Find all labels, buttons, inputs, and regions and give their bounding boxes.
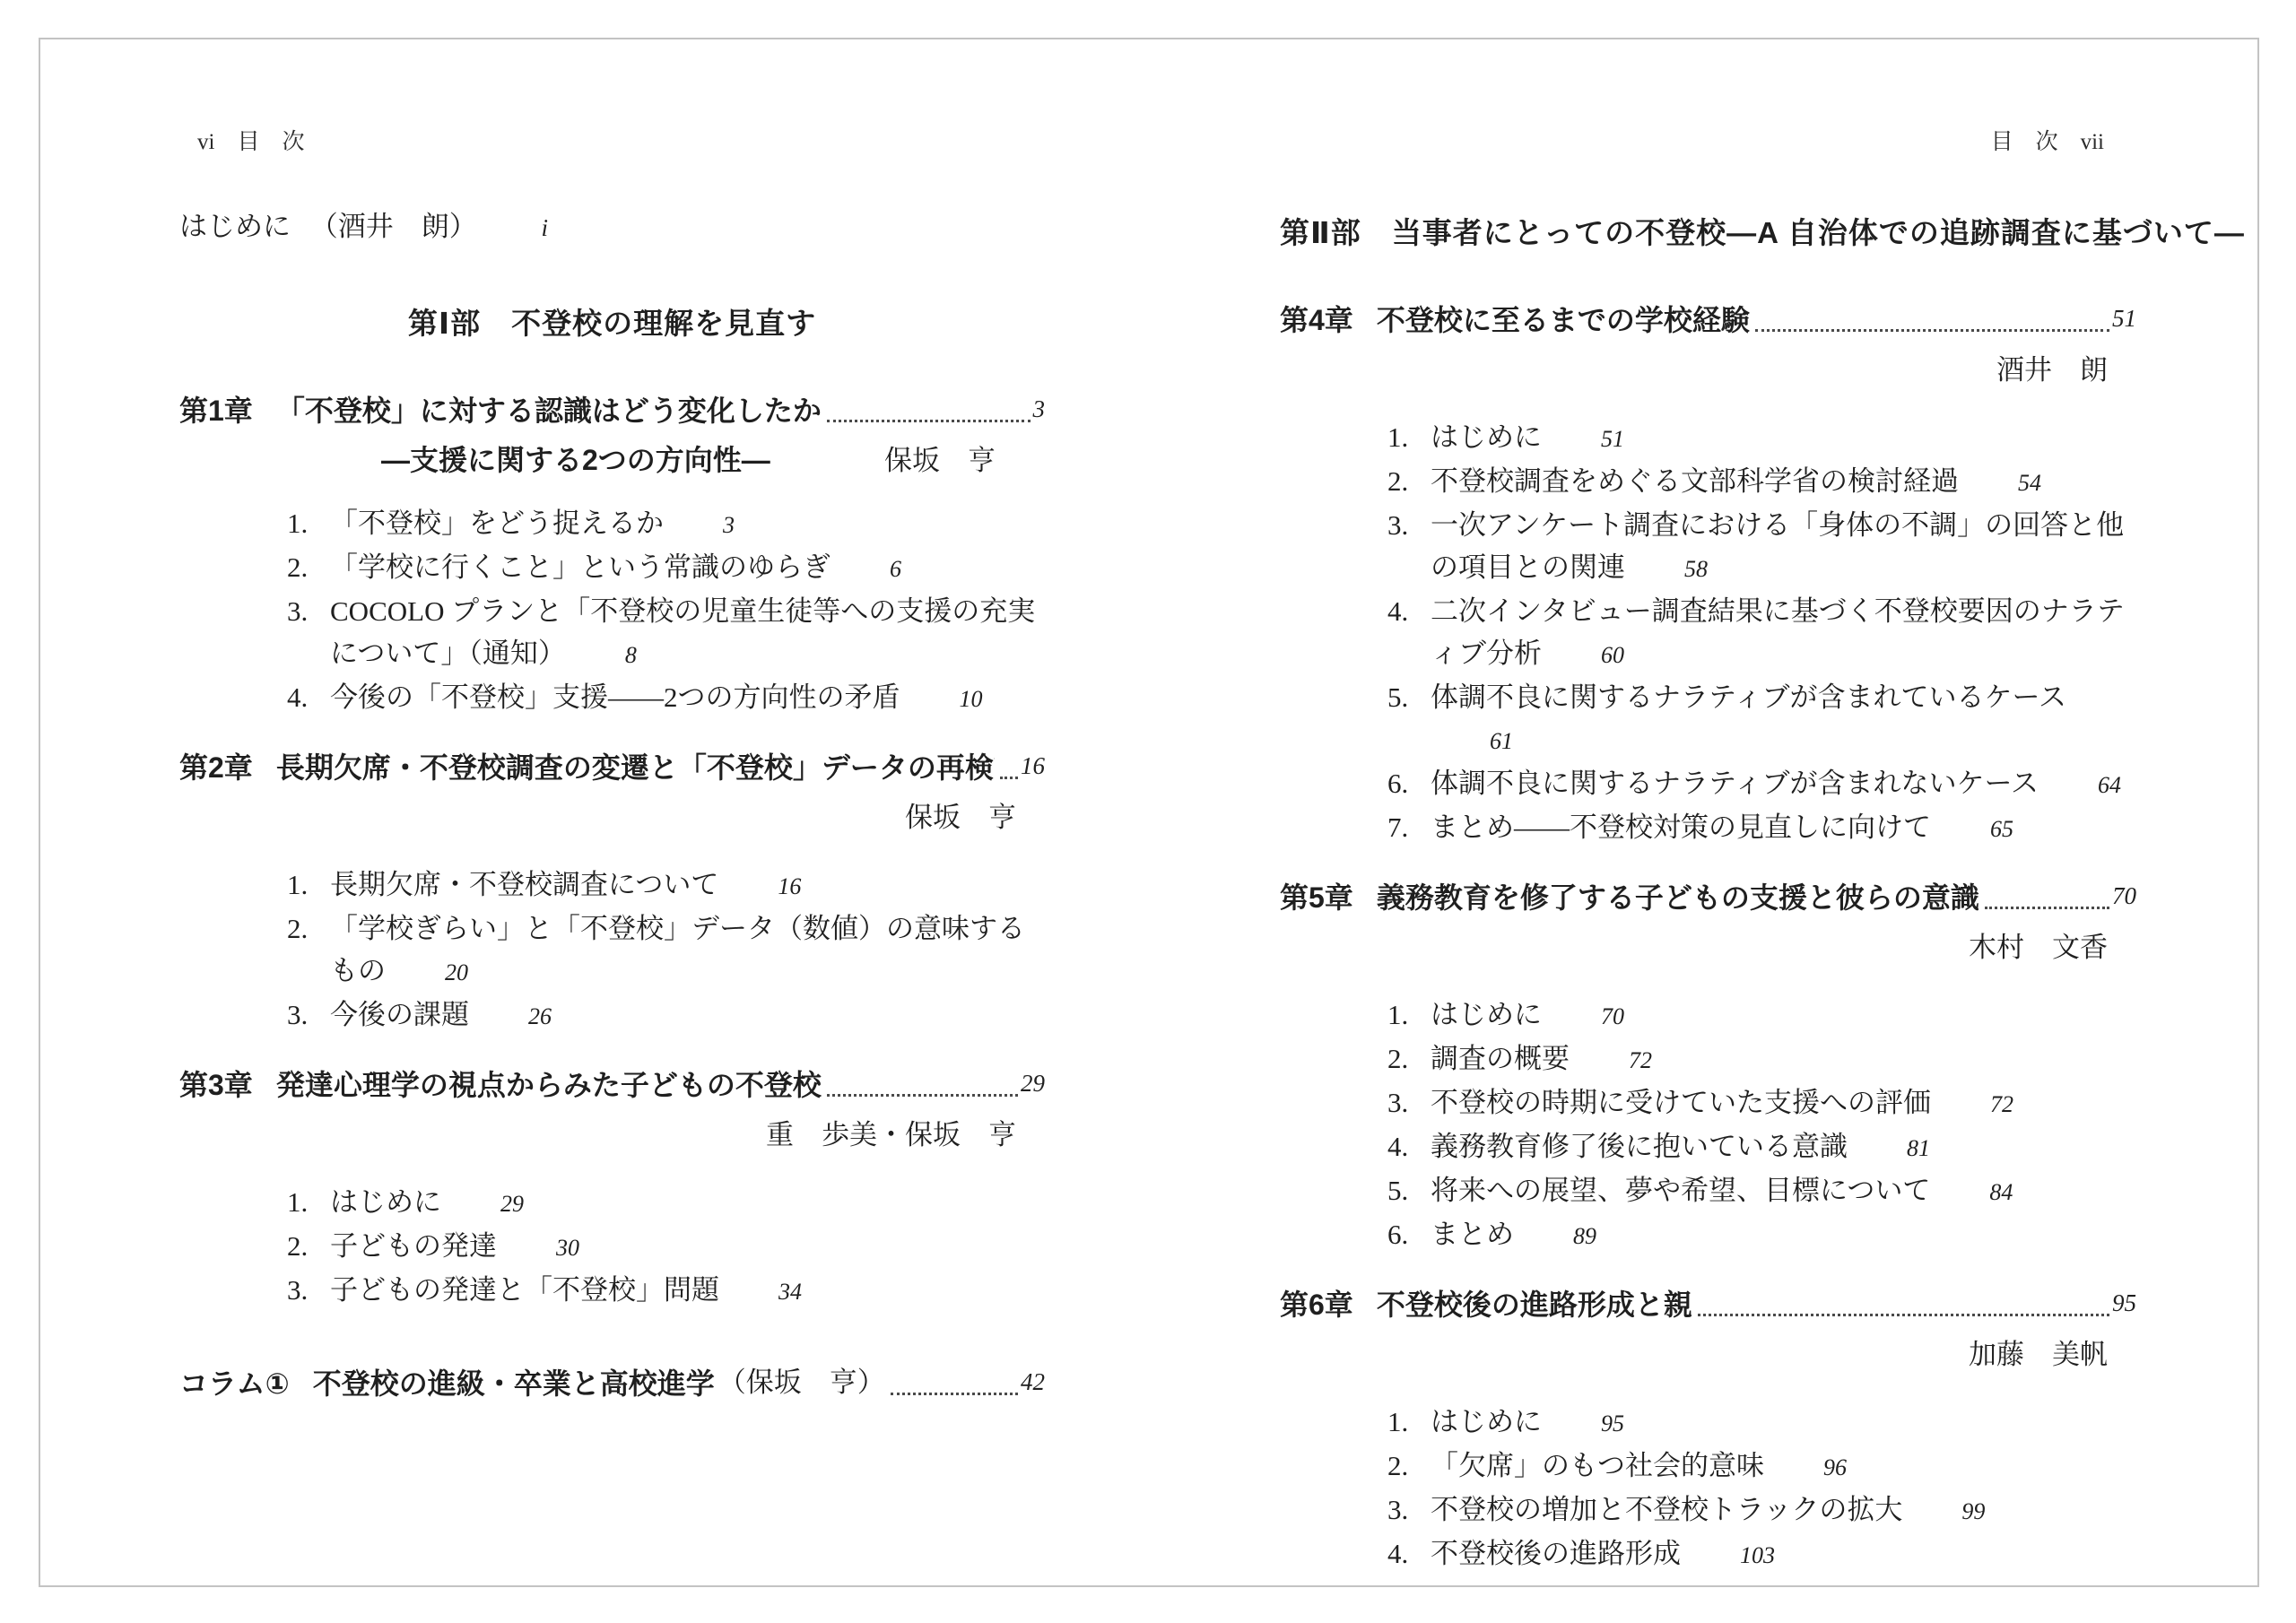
chapter-3-author-row: 重 歩美・保坂 亨 [179,1116,1045,1159]
author-name: 重 歩美・保坂 亨 [766,1119,1016,1150]
chapter-number: 第3章 [179,1064,253,1106]
chapter-title: 不登校後の進路形成と親 [1377,1284,1692,1325]
chapter-4: 第4章 不登校に至るまでの学校経験 51 酒井 朗 1.はじめに51 2.不登校… [1280,298,2136,850]
item-number: 3. [1387,1488,1431,1531]
item-page-number: 26 [528,1003,552,1029]
dot-leader [891,1393,1018,1395]
chapter-subtitle: ―支援に関する2つの方向性― [381,440,770,480]
item-page-number: 20 [445,959,468,985]
item-number: 5. [1387,676,1431,718]
item-title: 二次インタビュー調査結果に基づく不登校要因のナラティブ分析 [1431,595,2125,669]
item-page-number: 54 [2018,470,2041,496]
chapter-page-number: 16 [1021,745,1045,786]
item-title: 長期欠席・不登校調査について [330,869,718,900]
toc-item: 7.まとめ――不登校対策の見直しに向けて65 [1280,806,2136,850]
toc-item: 2.「欠席」のもつ社会的意味96 [1280,1445,2136,1488]
chapter-6: 第6章 不登校後の進路形成と親 95 加藤 美帆 1.はじめに95 2.「欠席」… [1280,1282,2136,1576]
item-number: 3. [1387,504,1431,546]
item-number: 1. [1387,994,1431,1036]
toc-item: 3.一次アンケート調査における「身体の不調」の回答と他の項目との関連58 [1280,504,2136,590]
chapter-1-subtitle-row: ―支援に関する2つの方向性― 保坂 亨 [179,440,1045,481]
item-title: はじめに [1431,421,1542,453]
toc-item: 1.はじめに51 [1280,416,2136,460]
item-number: 2. [1387,460,1431,502]
item-number: 2. [287,1225,330,1267]
item-title: はじめに [1431,999,1542,1030]
column-label: コラム① [179,1363,290,1404]
toc-item: 2.調査の概要72 [1280,1037,2136,1081]
chapter-title: 「不登校」に対する認識はどう変化したか [276,390,822,431]
item-title: 体調不良に関するナラティブが含まれないケース [1431,768,2039,799]
chapter-5-items: 1.はじめに70 2.調査の概要72 3.不登校の時期に受けていた支援への評価7… [1280,994,2136,1257]
item-number: 3. [287,994,330,1036]
chapter-5: 第5章 義務教育を修了する子どもの支援と彼らの意識 70 木村 文香 1.はじめ… [1280,875,2136,1257]
chapter-5-author-row: 木村 文香 [1280,929,2136,972]
item-title: 今後の課題 [330,999,469,1030]
intro-page-number: i [542,214,549,241]
toc-spread: vi 目 次 はじめに （酒井 朗） i 第Ⅰ部 不登校の理解を見直す 第1章 … [0,0,2296,1623]
author-name: 保坂 亨 [884,441,996,481]
item-title: 「欠席」のもつ社会的意味 [1431,1450,1764,1481]
chapter-1: 第1章 「不登校」に対する認識はどう変化したか 3 ―支援に関する2つの方向性―… [179,388,1045,720]
item-page-number: 61 [1490,728,1513,754]
item-number: 4. [1387,1125,1431,1167]
chapter-title: 不登校に至るまでの学校経験 [1377,299,1750,341]
item-title: 「学校に行くこと」という常識のゆらぎ [330,551,831,583]
item-title: 不登校の増加と不登校トラックの拡大 [1431,1494,1902,1525]
toc-item: 2.「学校ぎらい」と「不登校」データ（数値）の意味するもの20 [179,907,1045,994]
author-name: 酒井 朗 [1996,354,2108,386]
item-title: 「学校ぎらい」と「不登校」データ（数値）の意味するもの [330,913,1025,986]
dot-leader [827,1094,1018,1097]
toc-item: 4.二次インタビュー調査結果に基づく不登校要因のナラティブ分析60 [1280,590,2136,676]
item-number: 3. [287,590,330,632]
toc-item: 5.体調不良に関するナラティブが含まれているケース61 [1280,676,2136,762]
item-page-number: 65 [1990,816,2013,842]
toc-item: 1.はじめに29 [179,1181,1045,1225]
item-title: 子どもの発達と「不登校」問題 [330,1274,719,1306]
chapter-page-number: 70 [2112,875,2136,916]
toc-item: 3.今後の課題26 [179,994,1045,1037]
item-title: 不登校の時期に受けていた支援への評価 [1431,1087,1931,1118]
chapter-5-heading: 第5章 義務教育を修了する子どもの支援と彼らの意識 70 [1280,875,2136,918]
chapter-4-items: 1.はじめに51 2.不登校調査をめぐる文部科学省の検討経過54 3.一次アンケ… [1280,416,2136,850]
toc-item: 2.子どもの発達30 [179,1225,1045,1269]
item-number: 7. [1387,806,1431,848]
author-name: 加藤 美帆 [1969,1339,2108,1370]
item-page-number: 81 [1907,1135,1930,1161]
intro-author: （酒井 朗） [310,211,477,242]
item-page-number: 30 [556,1235,579,1261]
item-number: 2. [287,907,330,950]
chapter-page-number: 3 [1033,388,1046,430]
item-title: 一次アンケート調査における「身体の不調」の回答と他の項目との関連 [1431,509,2124,583]
item-page-number: 51 [1601,426,1624,452]
toc-item: 1.「不登校」をどう捉えるか3 [179,502,1045,546]
chapter-3-heading: 第3章 発達心理学の視点からみた子どもの不登校 29 [179,1063,1045,1106]
column-note-1: コラム① 不登校の進級・卒業と高校進学 （保坂 亨） 42 [179,1361,1045,1404]
item-number: 6. [1387,1213,1431,1255]
item-number: 2. [287,546,330,588]
item-page-number: 89 [1573,1223,1596,1249]
book-page-sheet: vi 目 次 はじめに （酒井 朗） i 第Ⅰ部 不登校の理解を見直す 第1章 … [39,38,2259,1587]
item-number: 1. [1387,416,1431,458]
item-number: 1. [287,502,330,544]
item-page-number: 60 [1601,642,1624,668]
chapter-number: 第4章 [1280,299,1353,341]
intro-label: はじめに [179,211,291,242]
dot-leader [827,420,1031,422]
item-title: 今後の「不登校」支援――2つの方向性の矛盾 [330,681,900,713]
item-page-number: 72 [1990,1091,2013,1117]
toc-item: 6.体調不良に関するナラティブが含まれないケース64 [1280,762,2136,806]
item-page-number: 6 [890,556,901,582]
chapter-number: 第5章 [1280,877,1353,918]
item-page-number: 72 [1629,1047,1652,1073]
chapter-number: 第2章 [179,747,253,788]
item-title: COCOLO プランと「不登校の児童生徒等への支援の充実について」（通知） [330,595,1035,669]
column-author: （保坂 亨） [718,1362,885,1403]
item-title: はじめに [330,1186,441,1218]
item-page-number: 34 [778,1279,802,1305]
chapter-title: 義務教育を修了する子どもの支援と彼らの意識 [1377,877,1979,918]
item-title: 将来への展望、夢や希望、目標について [1431,1175,1930,1206]
chapter-page-number: 29 [1021,1063,1045,1104]
chapter-4-heading: 第4章 不登校に至るまでの学校経験 51 [1280,298,2136,341]
page-right: 目 次 vii 第Ⅱ部 当事者にとっての不登校―A 自治体での追跡調査に基づいて… [1280,39,2136,1601]
item-title: 体調不良に関するナラティブが含まれているケース [1431,681,2066,713]
item-title: 調査の概要 [1431,1043,1570,1074]
item-page-number: 8 [625,642,637,668]
chapter-6-heading: 第6章 不登校後の進路形成と親 95 [1280,1282,2136,1325]
item-number: 1. [1387,1401,1431,1443]
item-title: 義務教育修了後に抱いている意識 [1431,1131,1848,1162]
item-page-number: 29 [500,1191,524,1217]
item-number: 1. [287,864,330,906]
toc-item: 3.不登校の時期に受けていた支援への評価72 [1280,1081,2136,1125]
item-number: 1. [287,1181,330,1223]
toc-item: 1.はじめに95 [1280,1401,2136,1445]
toc-item: 1.はじめに70 [1280,994,2136,1037]
item-number: 6. [1387,762,1431,804]
chapter-title: 発達心理学の視点からみた子どもの不登校 [276,1064,822,1106]
item-number: 4. [287,676,330,718]
toc-item: 3.不登校の増加と不登校トラックの拡大99 [1280,1488,2136,1532]
chapter-6-items: 1.はじめに95 2.「欠席」のもつ社会的意味96 3.不登校の増加と不登校トラ… [1280,1401,2136,1576]
toc-item: 6.まとめ89 [1280,1213,2136,1257]
chapter-6-author-row: 加藤 美帆 [1280,1336,2136,1379]
item-page-number: 95 [1601,1410,1624,1436]
chapter-page-number: 95 [2112,1282,2136,1324]
item-page-number: 103 [1740,1542,1775,1568]
item-title: 「不登校」をどう捉えるか [330,508,664,539]
chapter-1-heading: 第1章 「不登校」に対する認識はどう変化したか 3 [179,388,1045,431]
chapter-1-items: 1.「不登校」をどう捉えるか3 2.「学校に行くこと」という常識のゆらぎ6 3.… [179,502,1045,720]
chapter-number: 第6章 [1280,1284,1353,1325]
toc-item: 2.「学校に行くこと」という常識のゆらぎ6 [179,546,1045,590]
item-page-number: 16 [778,873,801,899]
toc-item: 3.子どもの発達と「不登校」問題34 [179,1269,1045,1313]
running-head-right: 目 次 vii [1280,129,2136,156]
item-page-number: 3 [723,512,735,538]
toc-item: 1.長期欠席・不登校調査について16 [179,864,1045,907]
item-number: 2. [1387,1445,1431,1487]
item-number: 3. [1387,1081,1431,1124]
part-1-title: 第Ⅰ部 不登校の理解を見直す [179,304,1045,343]
chapter-2-items: 1.長期欠席・不登校調査について16 2.「学校ぎらい」と「不登校」データ（数値… [179,864,1045,1037]
chapter-3: 第3章 発達心理学の視点からみた子どもの不登校 29 重 歩美・保坂 亨 1.は… [179,1063,1045,1313]
chapter-2-author-row: 保坂 亨 [179,799,1045,842]
column-page-number: 42 [1021,1361,1045,1402]
chapter-title: 長期欠席・不登校調査の変遷と「不登校」データの再検討 [276,747,995,788]
item-page-number: 96 [1823,1454,1847,1480]
item-title: はじめに [1431,1406,1542,1437]
dot-leader [1985,907,2109,909]
item-page-number: 84 [1989,1179,2013,1205]
item-page-number: 64 [2098,772,2121,798]
author-name: 木村 文香 [1969,932,2108,963]
item-page-number: 58 [1684,556,1708,582]
item-page-number: 70 [1601,1003,1624,1029]
toc-item: 2.不登校調査をめぐる文部科学省の検討経過54 [1280,460,2136,504]
item-page-number: 99 [1961,1498,1985,1524]
part-2-title: 第Ⅱ部 当事者にとっての不登校―A 自治体での追跡調査に基づいて― [1280,213,2136,253]
item-title: 不登校後の進路形成 [1431,1538,1681,1569]
item-title: 子どもの発達 [330,1230,497,1262]
author-name: 保坂 亨 [905,802,1016,833]
chapter-page-number: 51 [2112,298,2136,339]
chapter-number: 第1章 [179,390,253,431]
column-title: 不登校の進級・卒業と高校進学 [313,1363,715,1404]
dot-leader [1755,329,2109,332]
item-number: 2. [1387,1037,1431,1080]
toc-item: 5.将来への展望、夢や希望、目標について84 [1280,1169,2136,1213]
toc-item: 3.COCOLO プランと「不登校の児童生徒等への支援の充実について」（通知）8 [179,590,1045,676]
item-title: まとめ――不登校対策の見直しに向けて [1431,811,1931,843]
item-title: まとめ [1431,1219,1514,1250]
dot-leader [1698,1314,2109,1316]
toc-entry-intro: はじめに （酒井 朗） i [179,208,1045,247]
item-number: 4. [1387,590,1431,632]
item-number: 4. [1387,1532,1431,1575]
chapter-4-author-row: 酒井 朗 [1280,352,2136,395]
toc-item: 4.今後の「不登校」支援――2つの方向性の矛盾10 [179,676,1045,720]
chapter-2: 第2章 長期欠席・不登校調査の変遷と「不登校」データの再検討 16 保坂 亨 1… [179,745,1045,1037]
item-title: 不登校調査をめぐる文部科学省の検討経過 [1431,465,1959,497]
chapter-3-items: 1.はじめに29 2.子どもの発達30 3.子どもの発達と「不登校」問題34 [179,1181,1045,1313]
toc-item: 4.義務教育修了後に抱いている意識81 [1280,1125,2136,1169]
item-number: 3. [287,1269,330,1311]
dot-leader [1000,777,1018,779]
item-number: 5. [1387,1169,1431,1211]
item-page-number: 10 [960,686,983,712]
chapter-2-heading: 第2章 長期欠席・不登校調査の変遷と「不登校」データの再検討 16 [179,745,1045,788]
toc-item: 4.不登校後の進路形成103 [1280,1532,2136,1576]
page-left: vi 目 次 はじめに （酒井 朗） i 第Ⅰ部 不登校の理解を見直す 第1章 … [179,39,1045,1404]
running-head-left: vi 目 次 [179,129,1045,156]
